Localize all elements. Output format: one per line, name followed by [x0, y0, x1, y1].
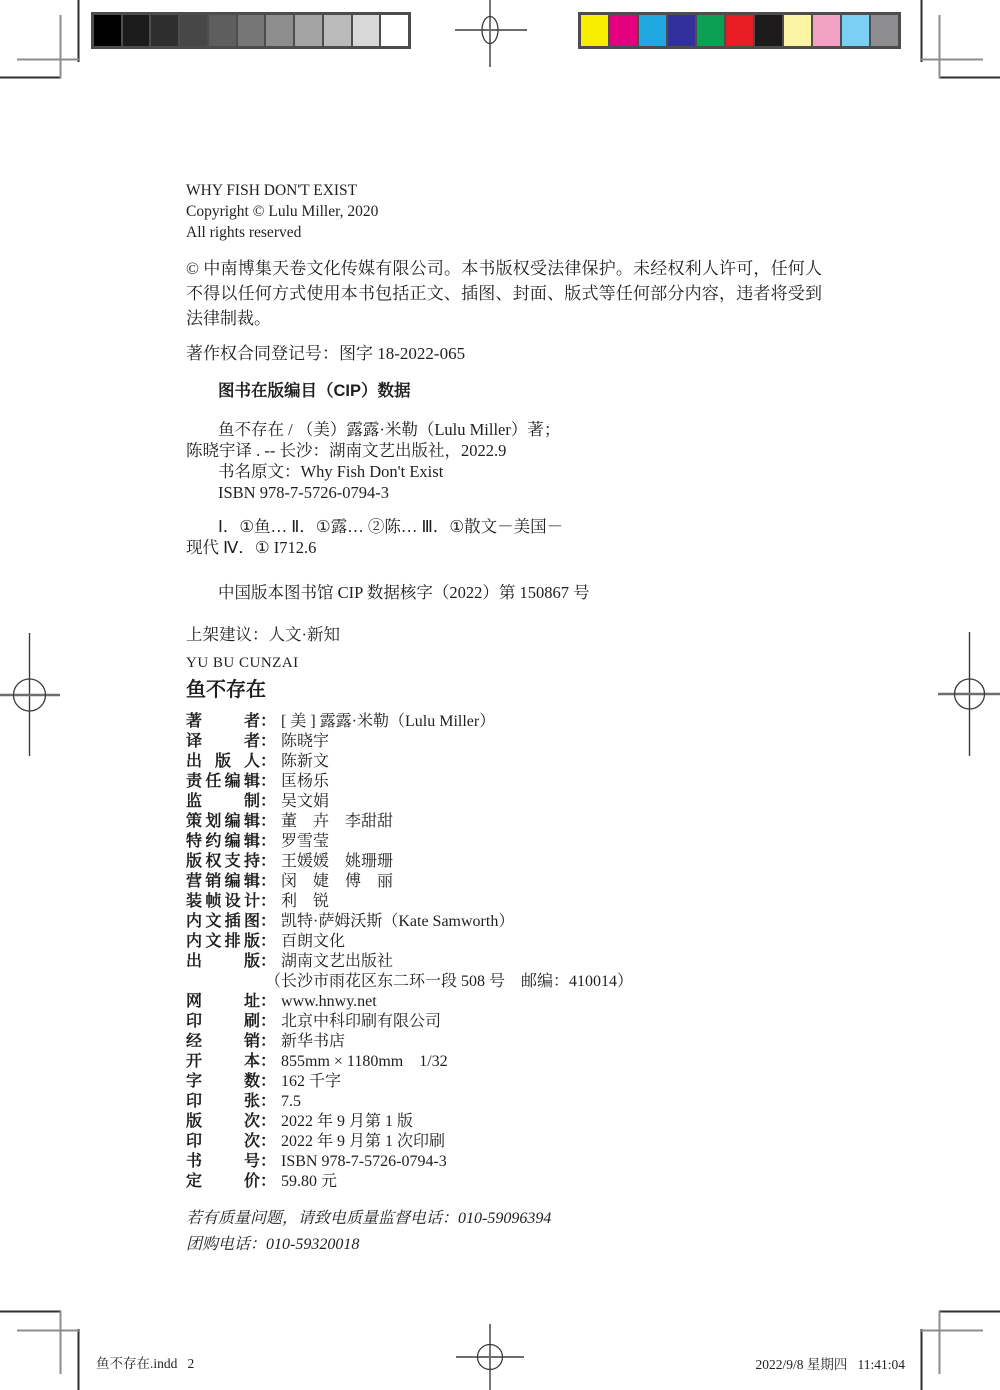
color-swatch — [94, 15, 121, 46]
color-swatch — [353, 15, 380, 46]
color-swatch — [813, 15, 840, 46]
print-timestamp: 2022/9/8 星期四 11:41:04 — [755, 1353, 905, 1373]
grayscale-calibration-bar — [91, 12, 411, 49]
color-swatch — [295, 15, 322, 46]
printer-registration-marks — [0, 0, 1000, 1390]
color-swatch — [381, 15, 408, 46]
document-filename: 鱼不存在.indd 2 — [96, 1352, 194, 1372]
color-swatch — [668, 15, 695, 46]
color-swatch — [209, 15, 236, 46]
color-swatch — [123, 15, 150, 46]
book-copyright-page: { "printer_marks": { "grayscale_bar": ["… — [0, 0, 1000, 1390]
color-swatch — [639, 15, 666, 46]
color-swatch — [266, 15, 293, 46]
color-swatch — [581, 15, 608, 46]
color-swatch — [784, 15, 811, 46]
color-calibration-bar — [578, 12, 901, 49]
color-swatch — [151, 15, 178, 46]
color-swatch — [610, 15, 637, 46]
color-swatch — [842, 15, 869, 46]
color-swatch — [726, 15, 753, 46]
color-swatch — [180, 15, 207, 46]
color-swatch — [697, 15, 724, 46]
color-swatch — [238, 15, 265, 46]
color-swatch — [871, 15, 898, 46]
color-swatch — [324, 15, 351, 46]
color-swatch — [755, 15, 782, 46]
